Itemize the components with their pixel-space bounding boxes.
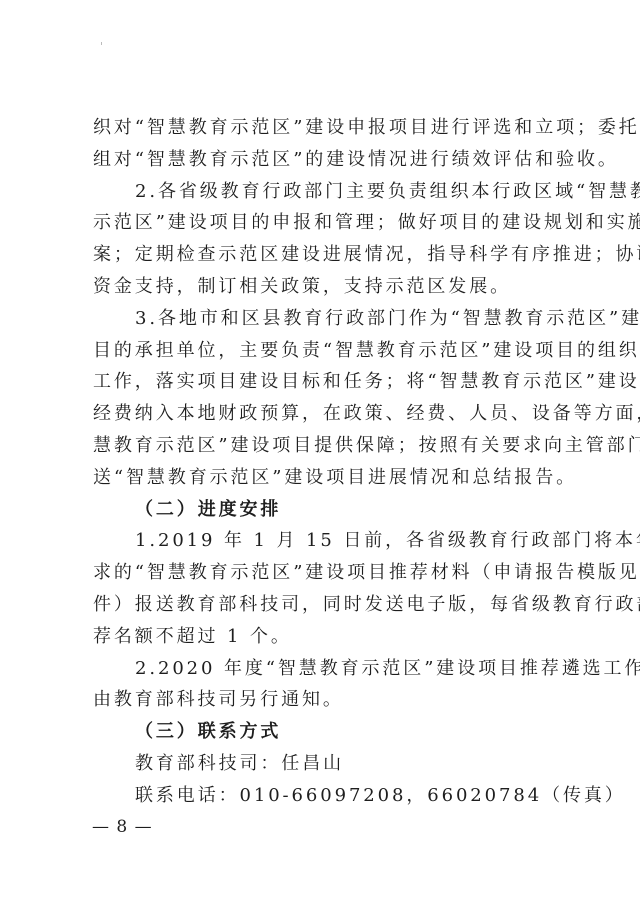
text-line: 示范区”建设项目的申报和管理；做好项目的建设规划和实施方 <box>93 207 567 239</box>
text-line: 织对“智慧教育示范区”建设申报项目进行评选和立项；委托专家 <box>93 112 567 144</box>
paragraph-schedule-2020: 2.2020 年度“智慧教育示范区”建设项目推荐遴选工作安排 由教育部科技司另行… <box>93 653 567 717</box>
paragraph-provincial-duties: 2.各省级教育行政部门主要负责组织本行政区域“智慧教育 示范区”建设项目的申报和… <box>93 176 567 303</box>
scan-speck <box>101 42 102 45</box>
text-line: 送“智慧教育示范区”建设项目进展情况和总结报告。 <box>93 462 567 494</box>
contact-department: 教育部科技司：任昌山 <box>93 748 567 780</box>
text-line: 慧教育示范区”建设项目提供保障；按照有关要求向主管部门报 <box>93 430 567 462</box>
section-heading: （三）联系方式 <box>93 716 567 748</box>
text-line: 求的“智慧教育示范区”建设项目推荐材料（申请报告模版见附 <box>93 557 567 589</box>
text-line: 经费纳入本地财政预算，在政策、经费、人员、设备等方面，为“智 <box>93 398 567 430</box>
section-heading-schedule: （二）进度安排 <box>93 494 567 526</box>
text-line: 1.2019 年 1 月 15 日前，各省级教育行政部门将本年度符合要 <box>93 525 567 557</box>
paragraph-evaluation: 织对“智慧教育示范区”建设申报项目进行评选和立项；委托专家 组对“智慧教育示范区… <box>93 112 567 176</box>
text-line: 资金支持，制订相关政策，支持示范区发展。 <box>93 271 567 303</box>
paragraph-local-duties: 3.各地市和区县教育行政部门作为“智慧教育示范区”建设项 目的承担单位，主要负责… <box>93 303 567 494</box>
text-line: 组对“智慧教育示范区”的建设情况进行绩效评估和验收。 <box>93 144 567 176</box>
text-line: 案；定期检查示范区建设进展情况，指导科学有序推进；协调安排 <box>93 239 567 271</box>
document-body: 织对“智慧教育示范区”建设申报项目进行评选和立项；委托专家 组对“智慧教育示范区… <box>93 112 567 812</box>
text-line: 2.2020 年度“智慧教育示范区”建设项目推荐遴选工作安排 <box>93 653 567 685</box>
text-line: 目的承担单位，主要负责“智慧教育示范区”建设项目的组织实施 <box>93 335 567 367</box>
page-number: — 8 — <box>92 817 153 837</box>
contact-phone: 联系电话：010-66097208，66020784（传真） <box>93 780 567 812</box>
text-line: 工作，落实项目建设目标和任务；将“智慧教育示范区”建设项目 <box>93 366 567 398</box>
section-heading: （二）进度安排 <box>93 494 567 526</box>
text-line: 荐名额不超过 1 个。 <box>93 621 567 653</box>
section-heading-contact: （三）联系方式 <box>93 716 567 748</box>
document-page: 织对“智慧教育示范区”建设申报项目进行评选和立项；委托专家 组对“智慧教育示范区… <box>0 0 640 922</box>
text-line: 3.各地市和区县教育行政部门作为“智慧教育示范区”建设项 <box>93 303 567 335</box>
text-line: 由教育部科技司另行通知。 <box>93 684 567 716</box>
text-line: 件）报送教育部科技司，同时发送电子版，每省级教育行政部门推 <box>93 589 567 621</box>
paragraph-schedule-2019: 1.2019 年 1 月 15 日前，各省级教育行政部门将本年度符合要 求的“智… <box>93 525 567 652</box>
contact-person: 教育部科技司：任昌山 <box>93 748 567 780</box>
phone-numbers: 联系电话：010-66097208，66020784（传真） <box>93 780 567 812</box>
text-line: 2.各省级教育行政部门主要负责组织本行政区域“智慧教育 <box>93 176 567 208</box>
